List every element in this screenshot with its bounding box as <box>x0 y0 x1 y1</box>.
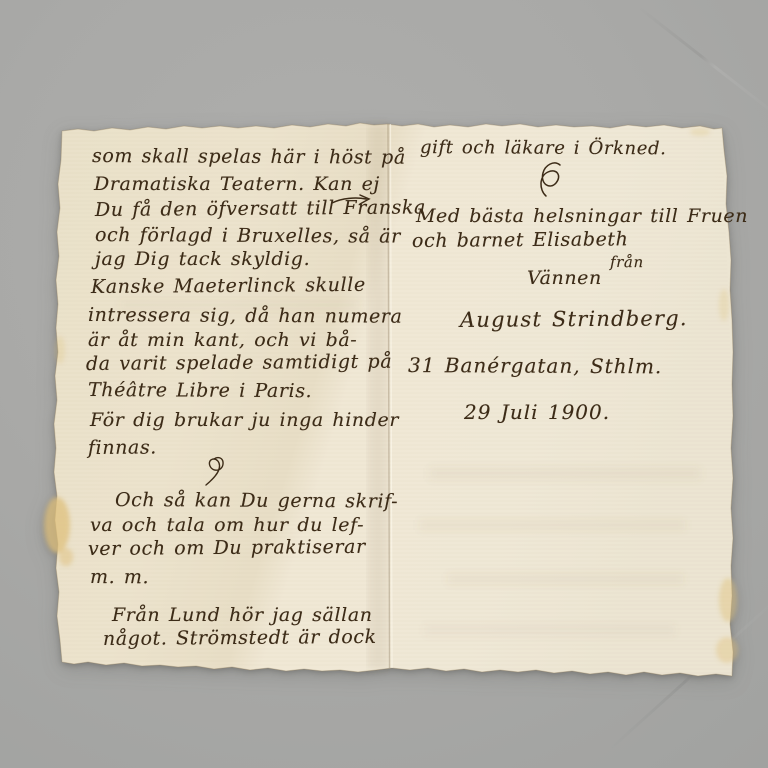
paper-laid-texture <box>54 124 733 676</box>
letter-photograph: som skall spelas här i höst på Dramatisk… <box>0 0 768 768</box>
letter-paper-sheet <box>0 0 768 768</box>
